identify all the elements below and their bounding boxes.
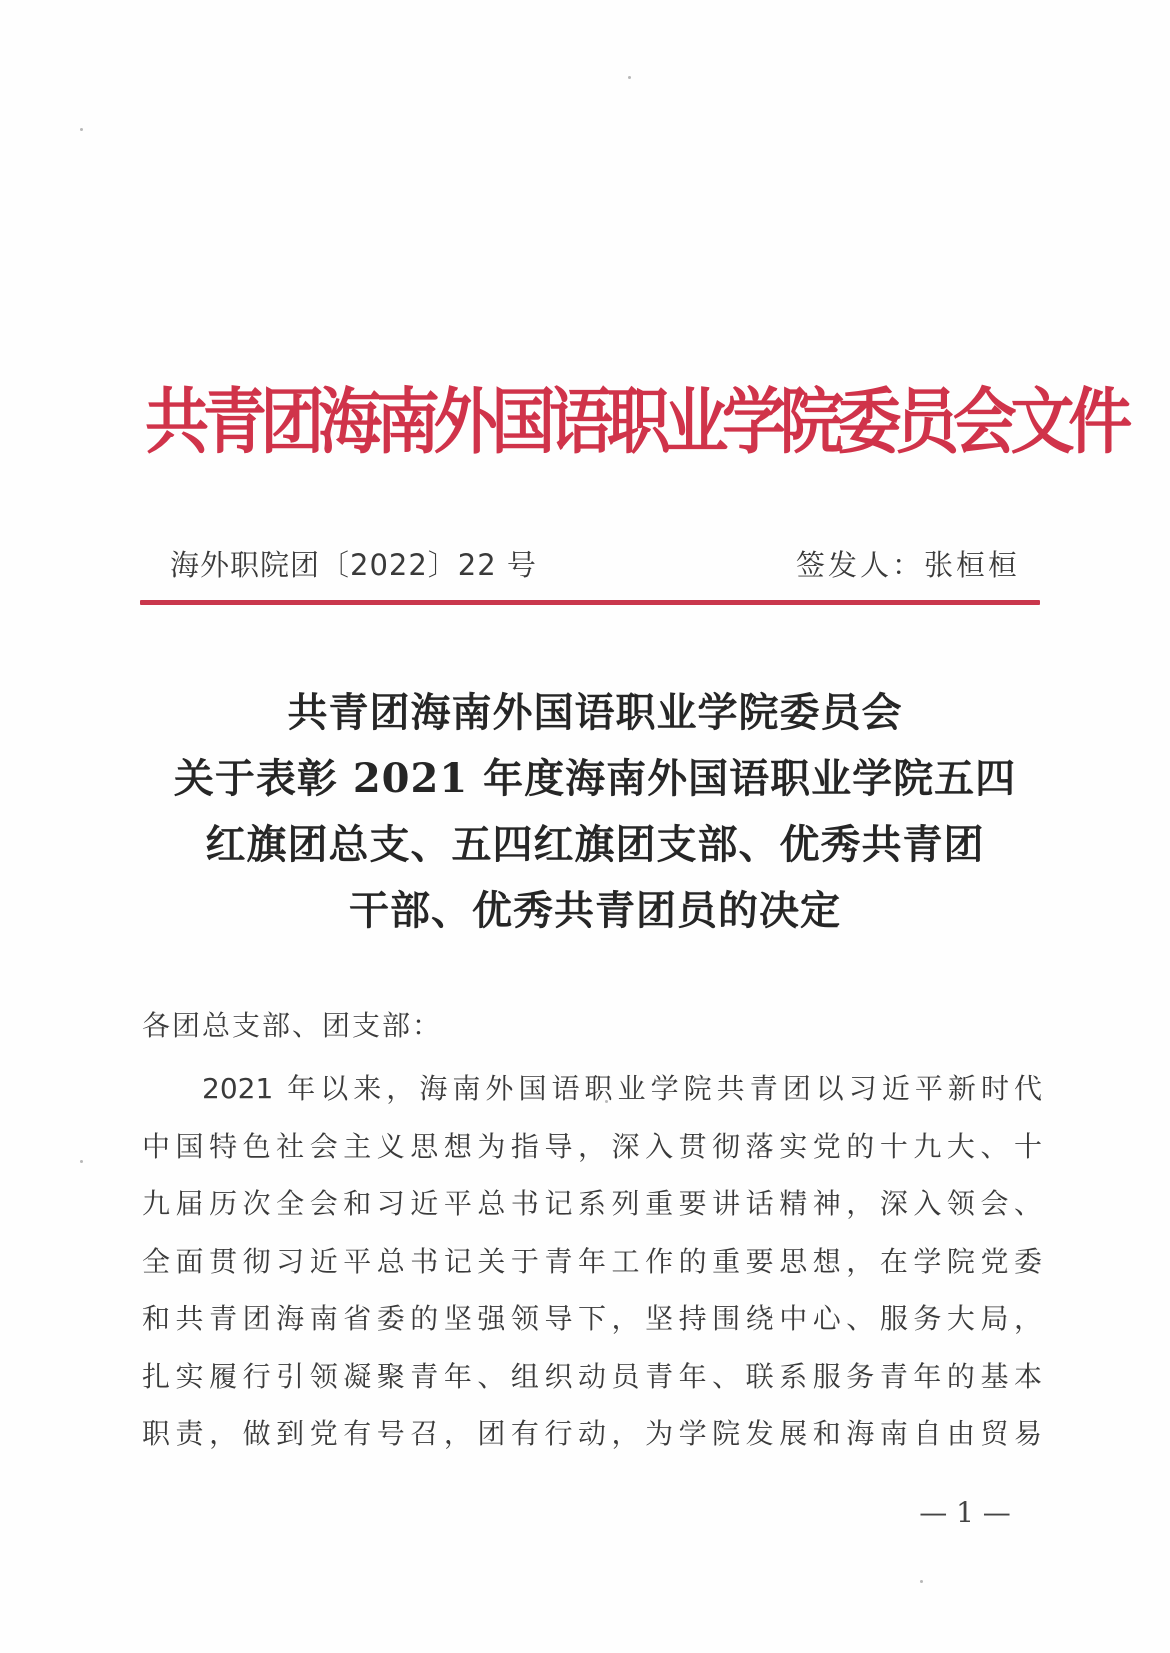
signer-label: 签发人： (796, 548, 924, 582)
body-line: 中国特色社会主义思想为指导，深入贯彻落实党的十九大、十 (142, 1118, 1042, 1176)
body-line: 职责，做到党有号召，团有行动，为学院发展和海南自由贸易 (142, 1405, 1042, 1463)
document-number: 海外职院团〔2022〕22 号 (170, 545, 537, 585)
scan-speck (80, 1160, 83, 1163)
decision-title-line: 共青团海南外国语职业学院委员会 (130, 680, 1060, 746)
body-line: 2021 年以来，海南外国语职业学院共青团以习近平新时代 (142, 1060, 1042, 1118)
issuer-red-header: 共青团海南外国语职业学院委员会文件 (145, 378, 1045, 468)
salutation: 各团总支部、团支部： (142, 1006, 442, 1046)
signer-name: 张桓桓 (924, 548, 1020, 582)
scan-speck (628, 76, 631, 79)
document-page: 共青团海南外国语职业学院委员会文件 海外职院团〔2022〕22 号 签发人：张桓… (0, 0, 1170, 1653)
body-line: 扎实履行引领凝聚青年、组织动员青年、联系服务青年的基本 (142, 1348, 1042, 1406)
scan-speck (920, 1580, 923, 1583)
decision-title-line: 红旗团总支、五四红旗团支部、优秀共青团 (130, 812, 1060, 878)
decision-title-line: 干部、优秀共青团员的决定 (130, 878, 1060, 944)
decision-title: 共青团海南外国语职业学院委员会 关于表彰 2021 年度海南外国语职业学院五四 … (130, 680, 1060, 944)
scan-speck (80, 128, 83, 131)
page-number: — 1 — (905, 1493, 1025, 1533)
body-paragraph: 2021 年以来，海南外国语职业学院共青团以习近平新时代 中国特色社会主义思想为… (142, 1060, 1047, 1463)
body-line: 九届历次全会和习近平总书记系列重要讲话精神，深入领会、 (142, 1175, 1042, 1233)
body-line: 全面贯彻习近平总书记关于青年工作的重要思想，在学院党委 (142, 1233, 1042, 1291)
decision-title-line: 关于表彰 2021 年度海南外国语职业学院五四 (130, 746, 1060, 812)
red-separator-rule (140, 600, 1040, 605)
document-meta-line: 海外职院团〔2022〕22 号 签发人：张桓桓 (150, 545, 1030, 585)
body-line: 和共青团海南省委的坚强领导下，坚持围绕中心、服务大局， (142, 1290, 1042, 1348)
signer: 签发人：张桓桓 (796, 545, 1020, 585)
